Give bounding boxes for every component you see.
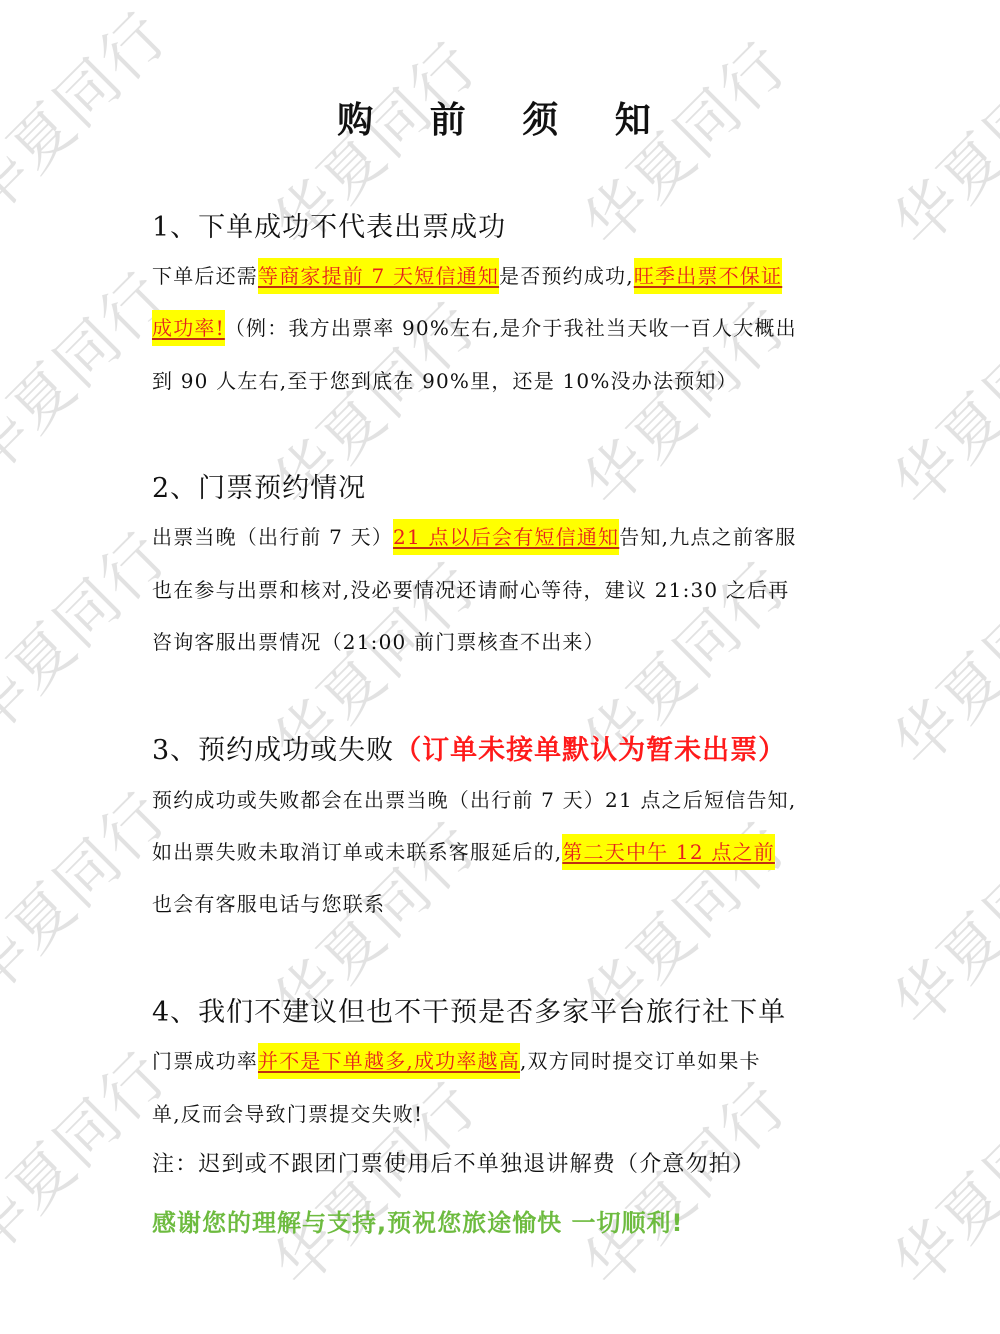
thanks-message: 感谢您的理解与支持,预祝您旅途愉快 一切顺利!: [152, 1203, 683, 1238]
section-1-line-2: 成功率!（例：我方出票率 90%左右,是介于我社当天收一百人大概出: [152, 313, 797, 343]
watermark-text: 华夏同行: [560, 1059, 804, 1303]
section-1-line-1: 下单后还需等商家提前 7 天短信通知是否预约成功,旺季出票不保证: [152, 261, 782, 291]
section-2-heading: 2、门票预约情况: [152, 466, 366, 505]
watermark-text: 华夏同行: [870, 1059, 1000, 1303]
text: 出票当晚（出行前 7 天）: [152, 525, 393, 549]
heading-text: 3、预约成功或失败: [152, 735, 394, 766]
text: 告知,九点之前客服: [619, 525, 796, 549]
highlight-warning: 并不是下单越多,成功率越高: [258, 1043, 520, 1079]
section-2-line-1: 出票当晚（出行前 7 天）21 点以后会有短信通知告知,九点之前客服: [152, 522, 796, 552]
section-4-line-2: 单,反而会导致门票提交失败!: [152, 1099, 423, 1129]
highlight-warning: 成功率!: [152, 310, 225, 346]
section-2-line-2: 也在参与出票和核对,没必要情况还请耐心等待，建议 21:30 之后再: [152, 575, 790, 605]
text: 如出票失败未取消订单或未联系客服延后的,: [152, 840, 562, 864]
highlight-warning: 旺季出票不保证: [634, 258, 782, 294]
highlight-notice: 等商家提前 7 天短信通知: [258, 258, 499, 294]
highlight-notice: 21 点以后会有短信通知: [393, 519, 619, 555]
watermark-text: 华夏同行: [870, 799, 1000, 1043]
text: （例：我方出票率 90%左右,是介于我社当天收一百人大概出: [225, 316, 797, 340]
section-3-line-1: 预约成功或失败都会在出票当晚（出行前 7 天）21 点之后短信告知,: [152, 785, 796, 815]
section-1-heading: 1、下单成功不代表出票成功: [152, 205, 506, 244]
highlight-deadline: 第二天中午 12 点之前: [562, 834, 775, 870]
section-3-line-2: 如出票失败未取消订单或未联系客服延后的,第二天中午 12 点之前: [152, 837, 775, 867]
section-4-heading: 4、我们不建议但也不干预是否多家平台旅行社下单: [152, 990, 786, 1029]
section-2-line-3: 咨询客服出票情况（21:00 前门票核查不出来）: [152, 627, 605, 657]
text: 是否预约成功,: [499, 264, 634, 288]
watermark-text: 华夏同行: [250, 1059, 494, 1303]
watermark-text: 华夏同行: [870, 539, 1000, 783]
watermark-layer: 华夏同行华夏同行华夏同行华夏同行华夏同行华夏同行华夏同行华夏同行华夏同行华夏同行…: [0, 0, 1000, 1334]
text: 门票成功率: [152, 1049, 258, 1073]
page-title: 购 前 须 知: [0, 92, 1000, 143]
section-3-heading: 3、预约成功或失败（订单未接单默认为暂未出票）: [152, 728, 786, 767]
text: ,双方同时提交订单如果卡: [520, 1049, 761, 1073]
section-1-line-3: 到 90 人左右,至于您到底在 90%里，还是 10%没办法预知）: [152, 366, 738, 396]
section-3-line-3: 也会有客服电话与您联系: [152, 889, 385, 919]
watermark-text: 华夏同行: [870, 279, 1000, 523]
section-4-line-1: 门票成功率并不是下单越多,成功率越高,双方同时提交订单如果卡: [152, 1046, 761, 1076]
text: 下单后还需: [152, 264, 258, 288]
note-line: 注：迟到或不跟团门票使用后不单独退讲解费（介意勿拍）: [152, 1150, 755, 1180]
heading-red-note: （订单未接单默认为暂未出票）: [394, 735, 786, 766]
